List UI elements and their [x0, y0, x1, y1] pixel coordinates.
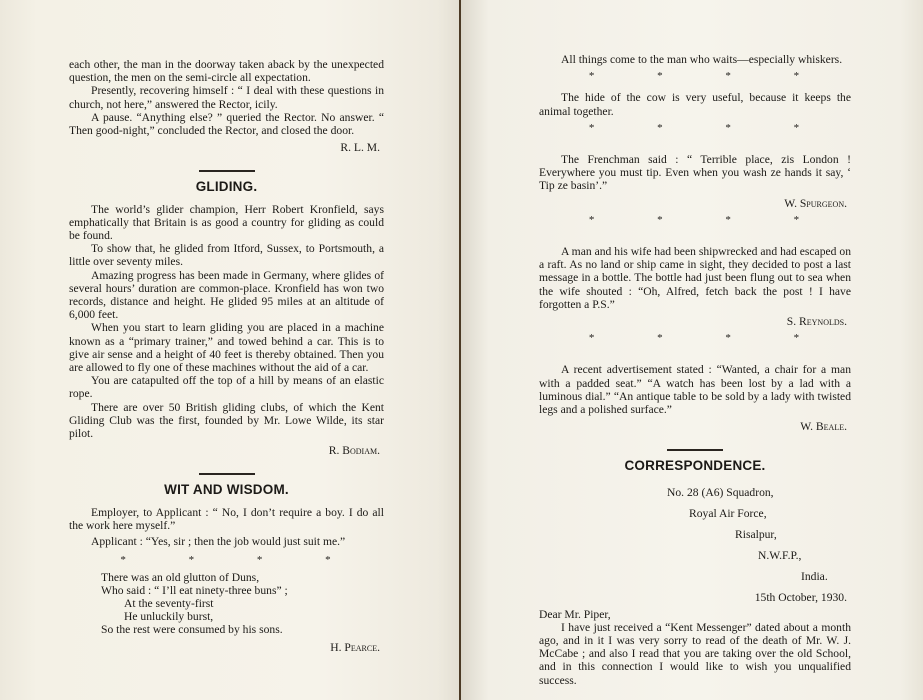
asterism: * * * *	[567, 214, 851, 227]
gliding-signature: R. Bodiam.	[69, 444, 384, 457]
gliding-paragraph-5: You are catapulted off the top of a hill…	[69, 374, 384, 400]
correspondence-heading: CORRESPONDENCE.	[539, 459, 851, 472]
letter-address: No. 28 (A6) Squadron, Royal Air Force, R…	[539, 482, 851, 608]
poem-line: So the rest were consumed by his sons.	[69, 623, 384, 636]
poem-line: Who said : “ I’ll eat ninety-three buns”…	[69, 584, 384, 597]
joke-3-signature: W. Spurgeon.	[539, 197, 851, 210]
letter-date: 15th October, 1930.	[539, 587, 851, 608]
intro-paragraph-2: Presently, recovering himself : “ I deal…	[69, 84, 384, 110]
limerick: There was an old glutton of Duns, Who sa…	[69, 571, 384, 637]
address-line: Risalpur,	[539, 524, 851, 545]
joke-5: A recent advertisement stated : “Wanted,…	[539, 363, 851, 416]
joke-3: The Frenchman said : “ Terrible place, z…	[539, 153, 851, 193]
wit-paragraph-1: Employer, to Applicant : “ No, I don’t r…	[69, 506, 384, 532]
right-column: All things come to the man who waits—esp…	[539, 53, 851, 687]
intro-paragraph-3: A pause. “Anything else? ” queried the R…	[69, 111, 384, 137]
poem-line: He unluckily burst,	[69, 610, 384, 623]
wit-signature: H. Pearce.	[69, 641, 384, 654]
section-divider	[199, 170, 255, 172]
gliding-paragraph-1: The world’s glider champion, Herr Robert…	[69, 203, 384, 243]
asterism: * * * *	[567, 332, 851, 345]
gliding-paragraph-2: To show that, he glided from Itford, Sus…	[69, 242, 384, 268]
section-divider	[199, 473, 255, 475]
gliding-paragraph-6: There are over 50 British gliding clubs,…	[69, 401, 384, 441]
poem-line: There was an old glutton of Duns,	[69, 571, 384, 584]
right-page: All things come to the man who waits—esp…	[461, 0, 923, 700]
address-line: Royal Air Force,	[539, 503, 851, 524]
joke-2: The hide of the cow is very useful, beca…	[539, 91, 851, 117]
gliding-paragraph-4: When you start to learn gliding you are …	[69, 321, 384, 374]
section-divider	[667, 449, 723, 451]
wit-and-wisdom-heading: WIT AND WISDOM.	[69, 483, 384, 496]
intro-signature: R. L. M.	[69, 141, 384, 154]
letter-body: I have just received a “Kent Messenger” …	[539, 621, 851, 687]
address-line: No. 28 (A6) Squadron,	[539, 482, 851, 503]
asterism: * * * *	[567, 122, 851, 135]
joke-4-signature: S. Reynolds.	[539, 315, 851, 328]
wit-paragraph-2: Applicant : “Yes, sir ; then the job wou…	[69, 535, 384, 548]
asterism: * * * *	[567, 70, 851, 83]
gliding-heading: GLIDING.	[69, 180, 384, 193]
asterism: * * * *	[97, 554, 384, 567]
intro-paragraph-1: each other, the man in the doorway taken…	[69, 58, 384, 84]
address-line: N.W.F.P.,	[539, 545, 851, 566]
joke-1: All things come to the man who waits—esp…	[539, 53, 851, 66]
joke-5-signature: W. Beale.	[539, 420, 851, 433]
address-line: India.	[539, 566, 851, 587]
left-column: each other, the man in the doorway taken…	[69, 58, 384, 654]
magazine-spread: each other, the man in the doorway taken…	[0, 0, 923, 700]
left-page: each other, the man in the doorway taken…	[0, 0, 460, 700]
joke-4: A man and his wife had been shipwrecked …	[539, 245, 851, 311]
gliding-paragraph-3: Amazing progress has been made in German…	[69, 269, 384, 322]
letter-salutation: Dear Mr. Piper,	[539, 608, 851, 621]
poem-line: At the seventy-first	[69, 597, 384, 610]
